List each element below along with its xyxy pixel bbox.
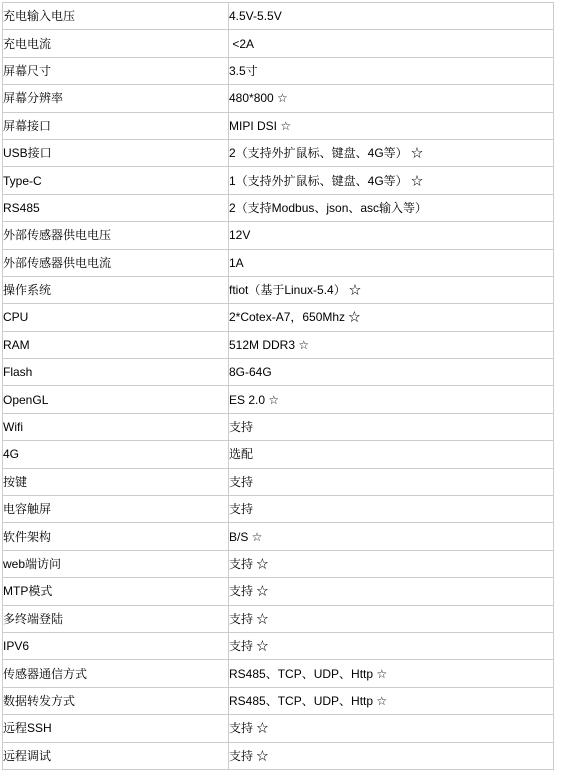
spec-value: B/S ☆ [229, 523, 554, 550]
spec-label: 数据转发方式 [3, 687, 229, 714]
spec-label: 屏幕分辨率 [3, 85, 229, 112]
spec-value: 4.5V-5.5V [229, 3, 554, 30]
spec-value: 480*800 ☆ [229, 85, 554, 112]
spec-row: Type-C1（支持外扩鼠标、键盘、4G等） ☆ [3, 167, 554, 194]
spec-label: 充电电流 [3, 30, 229, 57]
spec-label: 操作系统 [3, 276, 229, 303]
spec-row: 数据转发方式RS485、TCP、UDP、Http ☆ [3, 687, 554, 714]
spec-label: 远程调试 [3, 742, 229, 769]
spec-row: 屏幕分辨率480*800 ☆ [3, 85, 554, 112]
spec-value: 12V [229, 222, 554, 249]
spec-value: RS485、TCP、UDP、Http ☆ [229, 687, 554, 714]
spec-value: 支持 ☆ [229, 605, 554, 632]
spec-row: 按键支持 [3, 468, 554, 495]
spec-value: 1（支持外扩鼠标、键盘、4G等） ☆ [229, 167, 554, 194]
spec-value: ftiot（基于Linux-5.4） ☆ [229, 276, 554, 303]
spec-row: IPV6支持 ☆ [3, 632, 554, 659]
spec-row: 电容触屏支持 [3, 496, 554, 523]
spec-value: 2*Cotex-A7，650Mhz ☆ [229, 304, 554, 331]
spec-label: 多终端登陆 [3, 605, 229, 632]
spec-value: 支持 ☆ [229, 632, 554, 659]
spec-row: 操作系统ftiot（基于Linux-5.4） ☆ [3, 276, 554, 303]
spec-row: RAM512M DDR3 ☆ [3, 331, 554, 358]
spec-value: 1A [229, 249, 554, 276]
spec-table: 充电输入电压4.5V-5.5V充电电流 <2A屏幕尺寸3.5寸屏幕分辨率480*… [2, 2, 554, 770]
spec-label: OpenGL [3, 386, 229, 413]
spec-label: 屏幕尺寸 [3, 57, 229, 84]
spec-row: 传感器通信方式RS485、TCP、UDP、Http ☆ [3, 660, 554, 687]
spec-label: RAM [3, 331, 229, 358]
spec-table-body: 充电输入电压4.5V-5.5V充电电流 <2A屏幕尺寸3.5寸屏幕分辨率480*… [3, 3, 554, 770]
spec-row: RS4852（支持Modbus、json、asc输入等） [3, 194, 554, 221]
spec-label: Wifi [3, 413, 229, 440]
spec-row: 外部传感器供电电流1A [3, 249, 554, 276]
spec-label: 软件架构 [3, 523, 229, 550]
spec-value: 支持 ☆ [229, 742, 554, 769]
spec-row: CPU2*Cotex-A7，650Mhz ☆ [3, 304, 554, 331]
spec-label: Flash [3, 359, 229, 386]
spec-row: 充电电流 <2A [3, 30, 554, 57]
spec-value: 支持 ☆ [229, 715, 554, 742]
spec-row: OpenGLES 2.0 ☆ [3, 386, 554, 413]
spec-label: 传感器通信方式 [3, 660, 229, 687]
spec-label: IPV6 [3, 632, 229, 659]
spec-label: 屏幕接口 [3, 112, 229, 139]
spec-value: 3.5寸 [229, 57, 554, 84]
spec-row: USB接口2（支持外扩鼠标、键盘、4G等） ☆ [3, 139, 554, 166]
spec-label: 充电输入电压 [3, 3, 229, 30]
spec-row: 多终端登陆支持 ☆ [3, 605, 554, 632]
spec-value: 支持 ☆ [229, 578, 554, 605]
spec-row: 外部传感器供电电压12V [3, 222, 554, 249]
spec-value: RS485、TCP、UDP、Http ☆ [229, 660, 554, 687]
spec-value: 支持 ☆ [229, 550, 554, 577]
spec-value: 512M DDR3 ☆ [229, 331, 554, 358]
spec-row: 屏幕尺寸3.5寸 [3, 57, 554, 84]
spec-value: 支持 [229, 496, 554, 523]
spec-label: USB接口 [3, 139, 229, 166]
spec-value: 选配 [229, 441, 554, 468]
spec-row: 远程SSH支持 ☆ [3, 715, 554, 742]
spec-row: Flash8G-64G [3, 359, 554, 386]
spec-label: 电容触屏 [3, 496, 229, 523]
spec-value: MIPI DSI ☆ [229, 112, 554, 139]
spec-row: 4G选配 [3, 441, 554, 468]
spec-value: 2（支持Modbus、json、asc输入等） [229, 194, 554, 221]
spec-row: 软件架构B/S ☆ [3, 523, 554, 550]
spec-label: RS485 [3, 194, 229, 221]
spec-label: 外部传感器供电电压 [3, 222, 229, 249]
spec-label: 4G [3, 441, 229, 468]
spec-row: web端访问支持 ☆ [3, 550, 554, 577]
spec-row: 充电输入电压4.5V-5.5V [3, 3, 554, 30]
spec-row: 屏幕接口MIPI DSI ☆ [3, 112, 554, 139]
spec-label: 外部传感器供电电流 [3, 249, 229, 276]
spec-row: 远程调试支持 ☆ [3, 742, 554, 769]
spec-value: 2（支持外扩鼠标、键盘、4G等） ☆ [229, 139, 554, 166]
spec-label: MTP模式 [3, 578, 229, 605]
spec-row: MTP模式支持 ☆ [3, 578, 554, 605]
spec-value: 支持 [229, 468, 554, 495]
spec-value: <2A [229, 30, 554, 57]
spec-label: 按键 [3, 468, 229, 495]
spec-label: web端访问 [3, 550, 229, 577]
spec-value: 8G-64G [229, 359, 554, 386]
spec-value: ES 2.0 ☆ [229, 386, 554, 413]
spec-value: 支持 [229, 413, 554, 440]
spec-label: CPU [3, 304, 229, 331]
spec-label: 远程SSH [3, 715, 229, 742]
spec-row: Wifi支持 [3, 413, 554, 440]
spec-label: Type-C [3, 167, 229, 194]
